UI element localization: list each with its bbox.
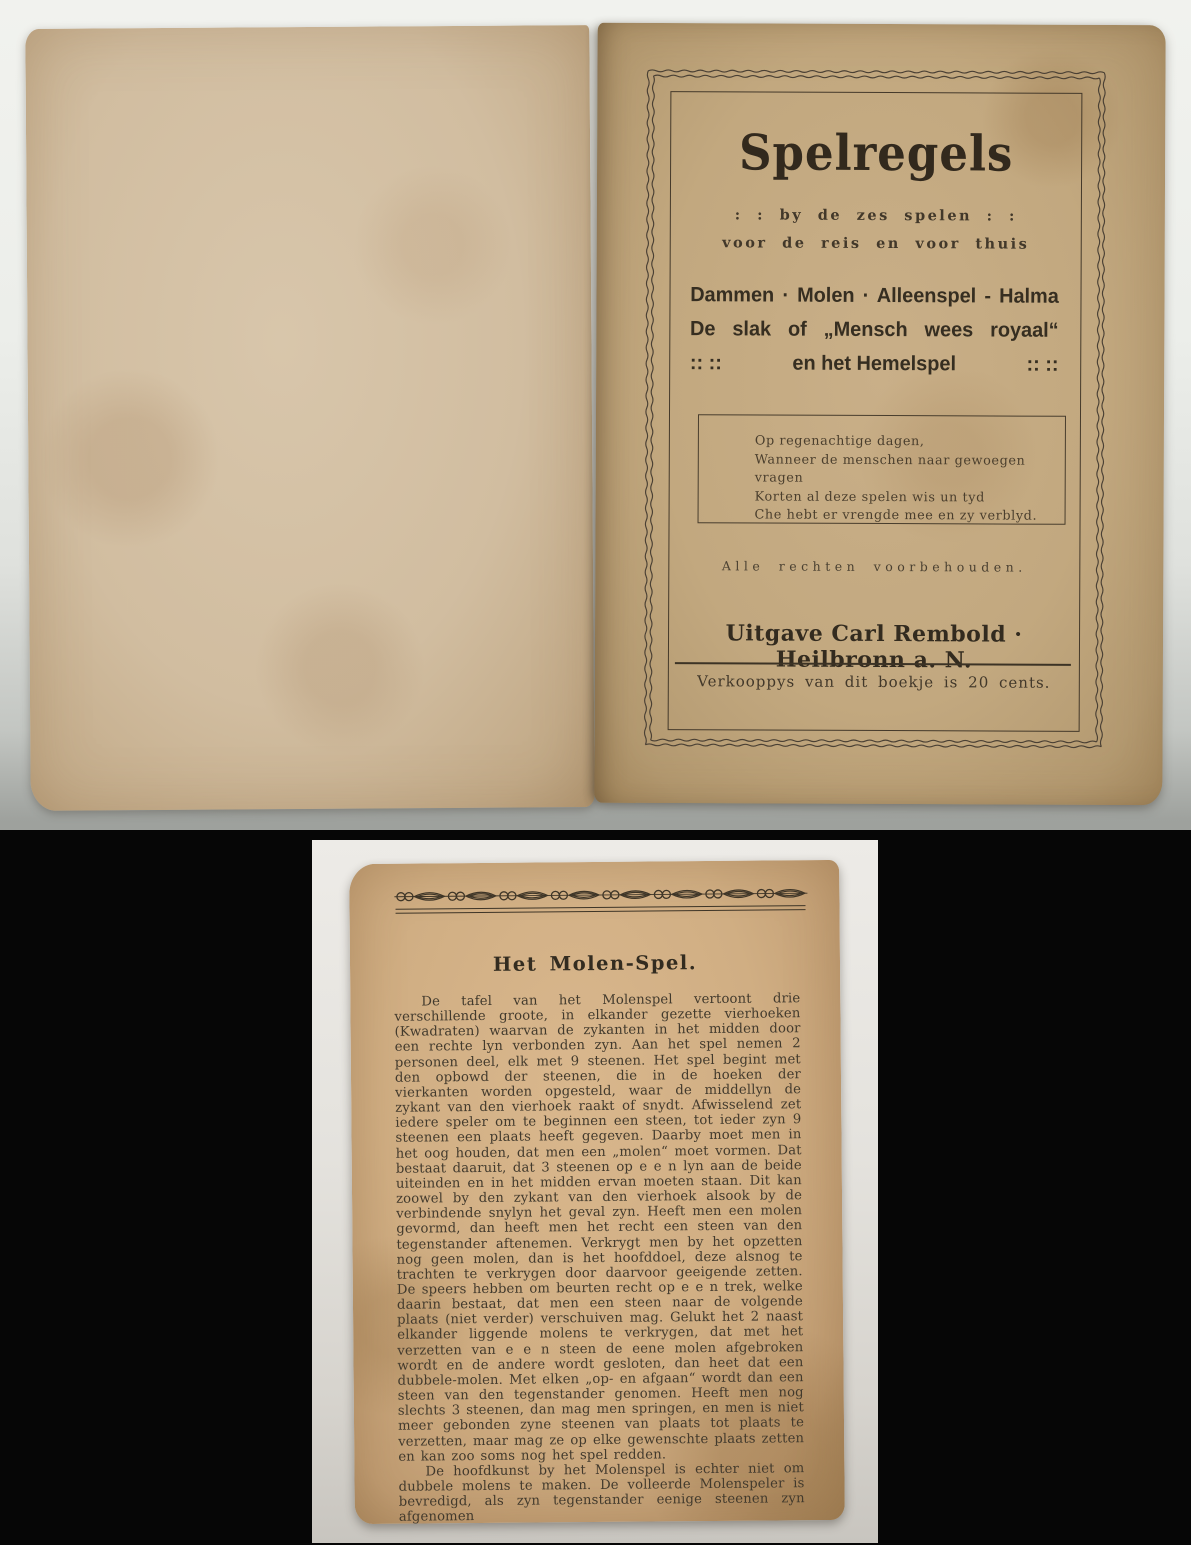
price-line: Verkooppys van dit boekje is 20 cents. xyxy=(669,672,1079,692)
chain-ornament xyxy=(394,884,807,906)
cover-subtitle-line2: voor de reis en voor thuis xyxy=(671,234,1081,253)
photo-molen-page: Het Molen-Spel. De tafel van het Molensp… xyxy=(312,840,878,1543)
verse-line: Che hebt er vrengde mee en zy verblyd. xyxy=(755,506,1055,526)
double-rule-ornament xyxy=(396,905,806,914)
molen-body-text: De tafel van het Molenspel vertoont drie… xyxy=(394,991,805,1525)
publisher-line: Uitgave Carl Rembold · Heilbronn a. N. xyxy=(669,620,1079,674)
games-line-3: :: :: en het Hemelspel :: :: xyxy=(690,346,1059,382)
photo-open-booklet: Spelregels : : by de zes spelen : : voor… xyxy=(0,0,1191,830)
games-line-1: Dammen · Molen · Alleenspel - Halma xyxy=(690,278,1059,314)
cover-inner-border: Spelregels : : by de zes spelen : : voor… xyxy=(668,91,1083,732)
games-line-2: De slak of „Mensch wees royaal“ xyxy=(690,312,1059,348)
molen-rules-page: Het Molen-Spel. De tafel van het Molensp… xyxy=(349,860,845,1524)
verse-line: Op regenachtige dagen, xyxy=(755,432,1055,452)
games-line-3-text: en het Hemelspel xyxy=(792,347,956,382)
rights-notice: Alle rechten voorbehouden. xyxy=(669,558,1079,575)
molen-page-heading: Het Molen-Spel. xyxy=(350,950,840,977)
games-list: Dammen · Molen · Alleenspel - Halma De s… xyxy=(690,278,1059,382)
booklet-cover-page: Spelregels : : by de zes spelen : : voor… xyxy=(594,23,1165,805)
colon-marks-right: :: :: xyxy=(1026,348,1058,382)
verse-line: Korten al deze spelen wis un tyd xyxy=(755,488,1055,508)
cover-subtitle-line1: : : by de zes spelen : : xyxy=(671,206,1081,225)
booklet-blank-left-page xyxy=(25,25,594,811)
molen-paragraph-2: De hoofdkunst by het Molenspel is echter… xyxy=(398,1461,805,1525)
molen-paragraph-1: De tafel van het Molenspel vertoont drie… xyxy=(394,991,804,1464)
verse-box: Op regenachtige dagen, Wanneer de mensch… xyxy=(698,414,1066,525)
verse-line: Wanneer de menschen naar gewoegen vragen xyxy=(755,451,1055,489)
booklet-title: Spelregels xyxy=(687,128,1064,179)
colon-marks-left: :: :: xyxy=(690,346,722,380)
